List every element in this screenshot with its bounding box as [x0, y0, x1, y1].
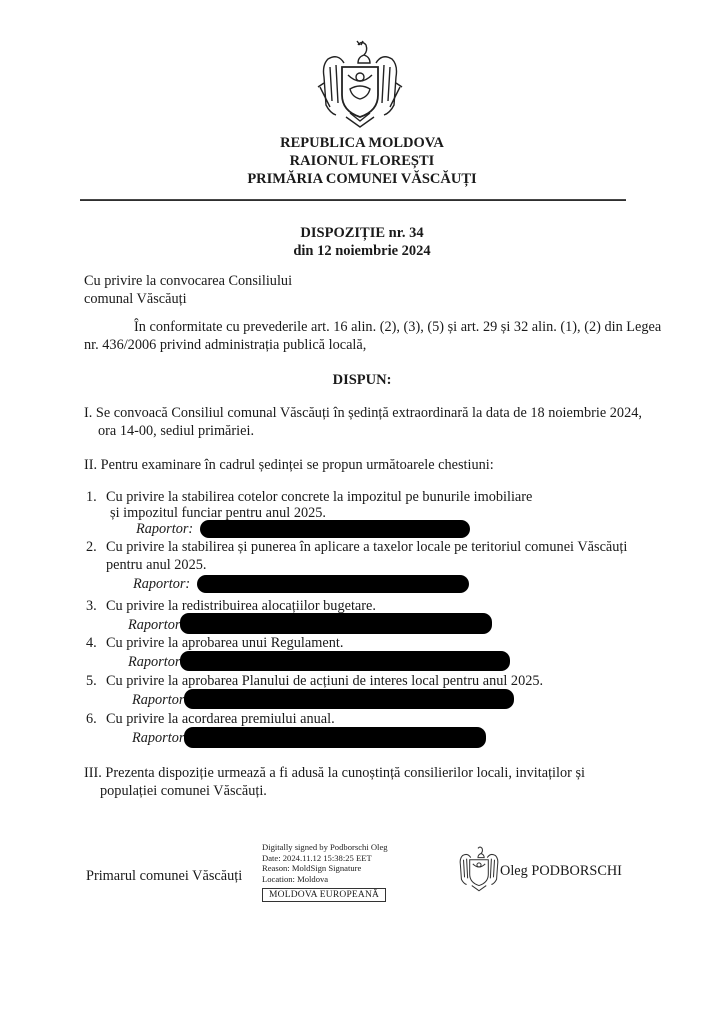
header-district: RAIONUL FLOREȘTI	[0, 152, 724, 171]
signature-signed-by: Digitally signed by Podborschi Oleg	[262, 842, 388, 853]
item-2-text-line-2: pentru anul 2025.	[106, 556, 206, 574]
subject-line-1: Cu privire la convocarea Consiliului	[84, 272, 292, 290]
item-6-reporter-label: Raportor:	[132, 729, 189, 747]
item-2-text-line-1: Cu privire la stabilirea și punerea în a…	[106, 538, 627, 556]
item-1-reporter-redaction	[200, 520, 470, 538]
section-2-intro: II. Pentru examinare în cadrul ședinței …	[84, 456, 494, 474]
document-date: din 12 noiembrie 2024	[0, 242, 724, 261]
item-5-reporter-redaction	[184, 689, 514, 709]
signature-date: Date: 2024.11.12 15:38:25 EET	[262, 853, 388, 864]
digital-signature-block: Digitally signed by Podborschi Oleg Date…	[262, 842, 388, 902]
header-divider	[80, 199, 626, 201]
preamble-line-2: nr. 436/2006 privind administrația publi…	[84, 336, 366, 354]
moldova-coat-of-arms-icon	[300, 37, 420, 129]
dispun-heading: DISPUN:	[0, 371, 724, 390]
item-4-reporter-label: Raportor:	[128, 653, 185, 671]
item-4-text: Cu privire la aprobarea unui Regulament.	[106, 634, 343, 652]
section-3-line-2: populației comunei Văscăuți.	[100, 782, 267, 800]
item-5-number: 5.	[86, 672, 97, 690]
item-1-reporter-label: Raportor:	[136, 520, 193, 538]
item-3-reporter-label: Raportor:	[128, 616, 185, 634]
item-5-reporter-label: Raportor:	[132, 691, 189, 709]
document-number: DISPOZIȚIE nr. 34	[0, 224, 724, 243]
item-5-text: Cu privire la aprobarea Planului de acți…	[106, 672, 543, 690]
signature-reason: Reason: MoldSign Signature	[262, 863, 388, 874]
item-1-number: 1.	[86, 488, 97, 506]
item-2-reporter-label: Raportor:	[133, 575, 190, 593]
item-6-text: Cu privire la acordarea premiului anual.	[106, 710, 335, 728]
signature-stamp: MOLDOVA EUROPEANĂ	[262, 888, 386, 902]
item-3-reporter-redaction	[180, 613, 492, 634]
preamble-line-1: În conformitate cu prevederile art. 16 a…	[134, 318, 661, 336]
item-3-number: 3.	[86, 597, 97, 615]
item-2-number: 2.	[86, 538, 97, 556]
item-4-reporter-redaction	[180, 651, 510, 671]
mayor-name: Oleg PODBORSCHI	[500, 862, 622, 880]
header-country: REPUBLICA MOLDOVA	[0, 134, 724, 153]
section-3-line-1: III. Prezenta dispoziție urmează a fi ad…	[84, 764, 585, 782]
section-1-line-2: ora 14-00, sediul primăriei.	[98, 422, 254, 440]
item-4-number: 4.	[86, 634, 97, 652]
signature-location: Location: Moldova	[262, 874, 388, 885]
mayor-title: Primarul comunei Văscăuți	[86, 867, 242, 885]
item-2-reporter-redaction	[197, 575, 469, 593]
item-6-number: 6.	[86, 710, 97, 728]
subject-line-2: comunal Văscăuți	[84, 290, 187, 308]
section-1-line-1: I. Se convoacă Consiliul comunal Văscăuț…	[84, 404, 642, 422]
header-municipality: PRIMĂRIA COMUNEI VĂSCĂUȚI	[0, 170, 724, 189]
item-6-reporter-redaction	[184, 727, 486, 748]
